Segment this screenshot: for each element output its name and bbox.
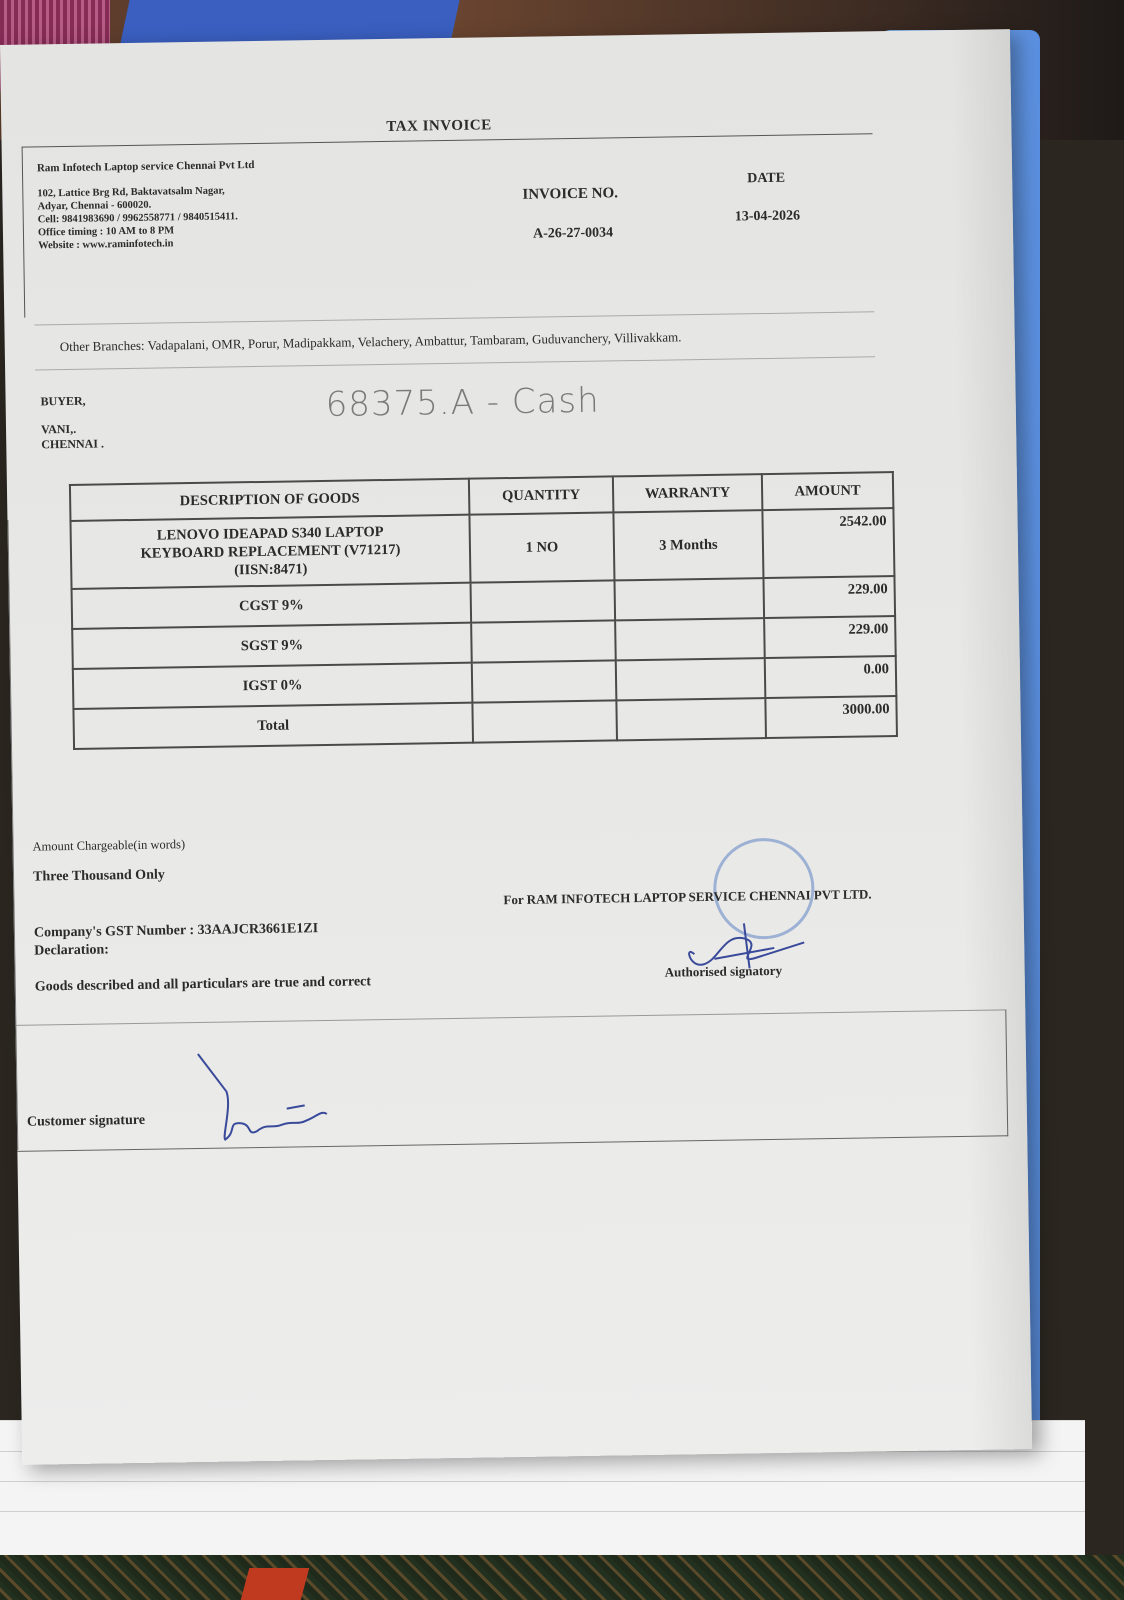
col-amount: AMOUNT xyxy=(762,472,894,510)
authorised-signatory: Authorised signatory xyxy=(665,963,783,981)
item-quantity: 1 NO xyxy=(469,512,614,582)
for-company: For RAM INFOTECH LAPTOP SERVICE CHENNAI … xyxy=(503,886,871,908)
item-description: LENOVO IDEAPAD S340 LAPTOP KEYBOARD REPL… xyxy=(70,515,470,589)
handwritten-note: 68375.A - Cash xyxy=(325,381,600,425)
row-label: Total xyxy=(73,703,473,749)
declaration-label: Declaration: xyxy=(34,938,318,960)
divider xyxy=(35,356,875,370)
invoice-number-label: INVOICE NO. xyxy=(522,185,618,203)
col-warranty: WARRANTY xyxy=(613,474,763,512)
background-carpet xyxy=(0,1555,1124,1600)
amount-words: Three Thousand Only xyxy=(33,868,165,886)
row-amount: 229.00 xyxy=(764,616,896,658)
other-branches: Other Branches: Vadapalani, OMR, Porur, … xyxy=(60,329,682,355)
total-amount: 3000.00 xyxy=(765,696,897,738)
invoice-date: 13-04-2026 xyxy=(735,208,801,225)
customer-signature xyxy=(196,1050,357,1143)
row-label: CGST 9% xyxy=(72,583,472,629)
invoice-sheet: TAX INVOICE Ram Infotech Laptop service … xyxy=(21,111,881,125)
table-row-item: LENOVO IDEAPAD S340 LAPTOP KEYBOARD REPL… xyxy=(70,508,894,589)
company-name: Ram Infotech Laptop service Chennai Pvt … xyxy=(37,159,255,175)
col-quantity: QUANTITY xyxy=(469,476,614,514)
invoice-paper: TAX INVOICE Ram Infotech Laptop service … xyxy=(0,29,1032,1465)
background-red-object xyxy=(241,1568,310,1600)
buyer-details: VANI,. CHENNAI . xyxy=(41,421,104,452)
col-description: DESCRIPTION OF GOODS xyxy=(70,479,470,521)
customer-signature-label: Customer signature xyxy=(27,1113,145,1131)
amount-words-label: Amount Chargeable(in words) xyxy=(32,837,185,854)
buyer-city: CHENNAI . xyxy=(41,436,104,452)
declaration-text: Goods described and all particulars are … xyxy=(35,974,371,995)
row-label: IGST 0% xyxy=(73,663,473,709)
row-label: SGST 9% xyxy=(72,623,472,669)
invoice-number: A-26-27-0034 xyxy=(533,225,613,242)
signature-frame xyxy=(15,1009,1008,1152)
date-label: DATE xyxy=(747,171,785,188)
items-table: DESCRIPTION OF GOODS QUANTITY WARRANTY A… xyxy=(69,471,898,750)
buyer-name: VANI,. xyxy=(41,421,104,437)
row-amount: 229.00 xyxy=(763,576,895,618)
item-amount: 2542.00 xyxy=(762,508,894,578)
buyer-label: BUYER, xyxy=(40,394,85,410)
gst-block: Company's GST Number : 33AAJCR3661E1ZI D… xyxy=(34,920,319,960)
company-block: Ram Infotech Laptop service Chennai Pvt … xyxy=(37,159,256,252)
invoice-title: TAX INVOICE xyxy=(386,117,492,136)
item-warranty: 3 Months xyxy=(613,510,763,580)
row-amount: 0.00 xyxy=(765,656,897,698)
